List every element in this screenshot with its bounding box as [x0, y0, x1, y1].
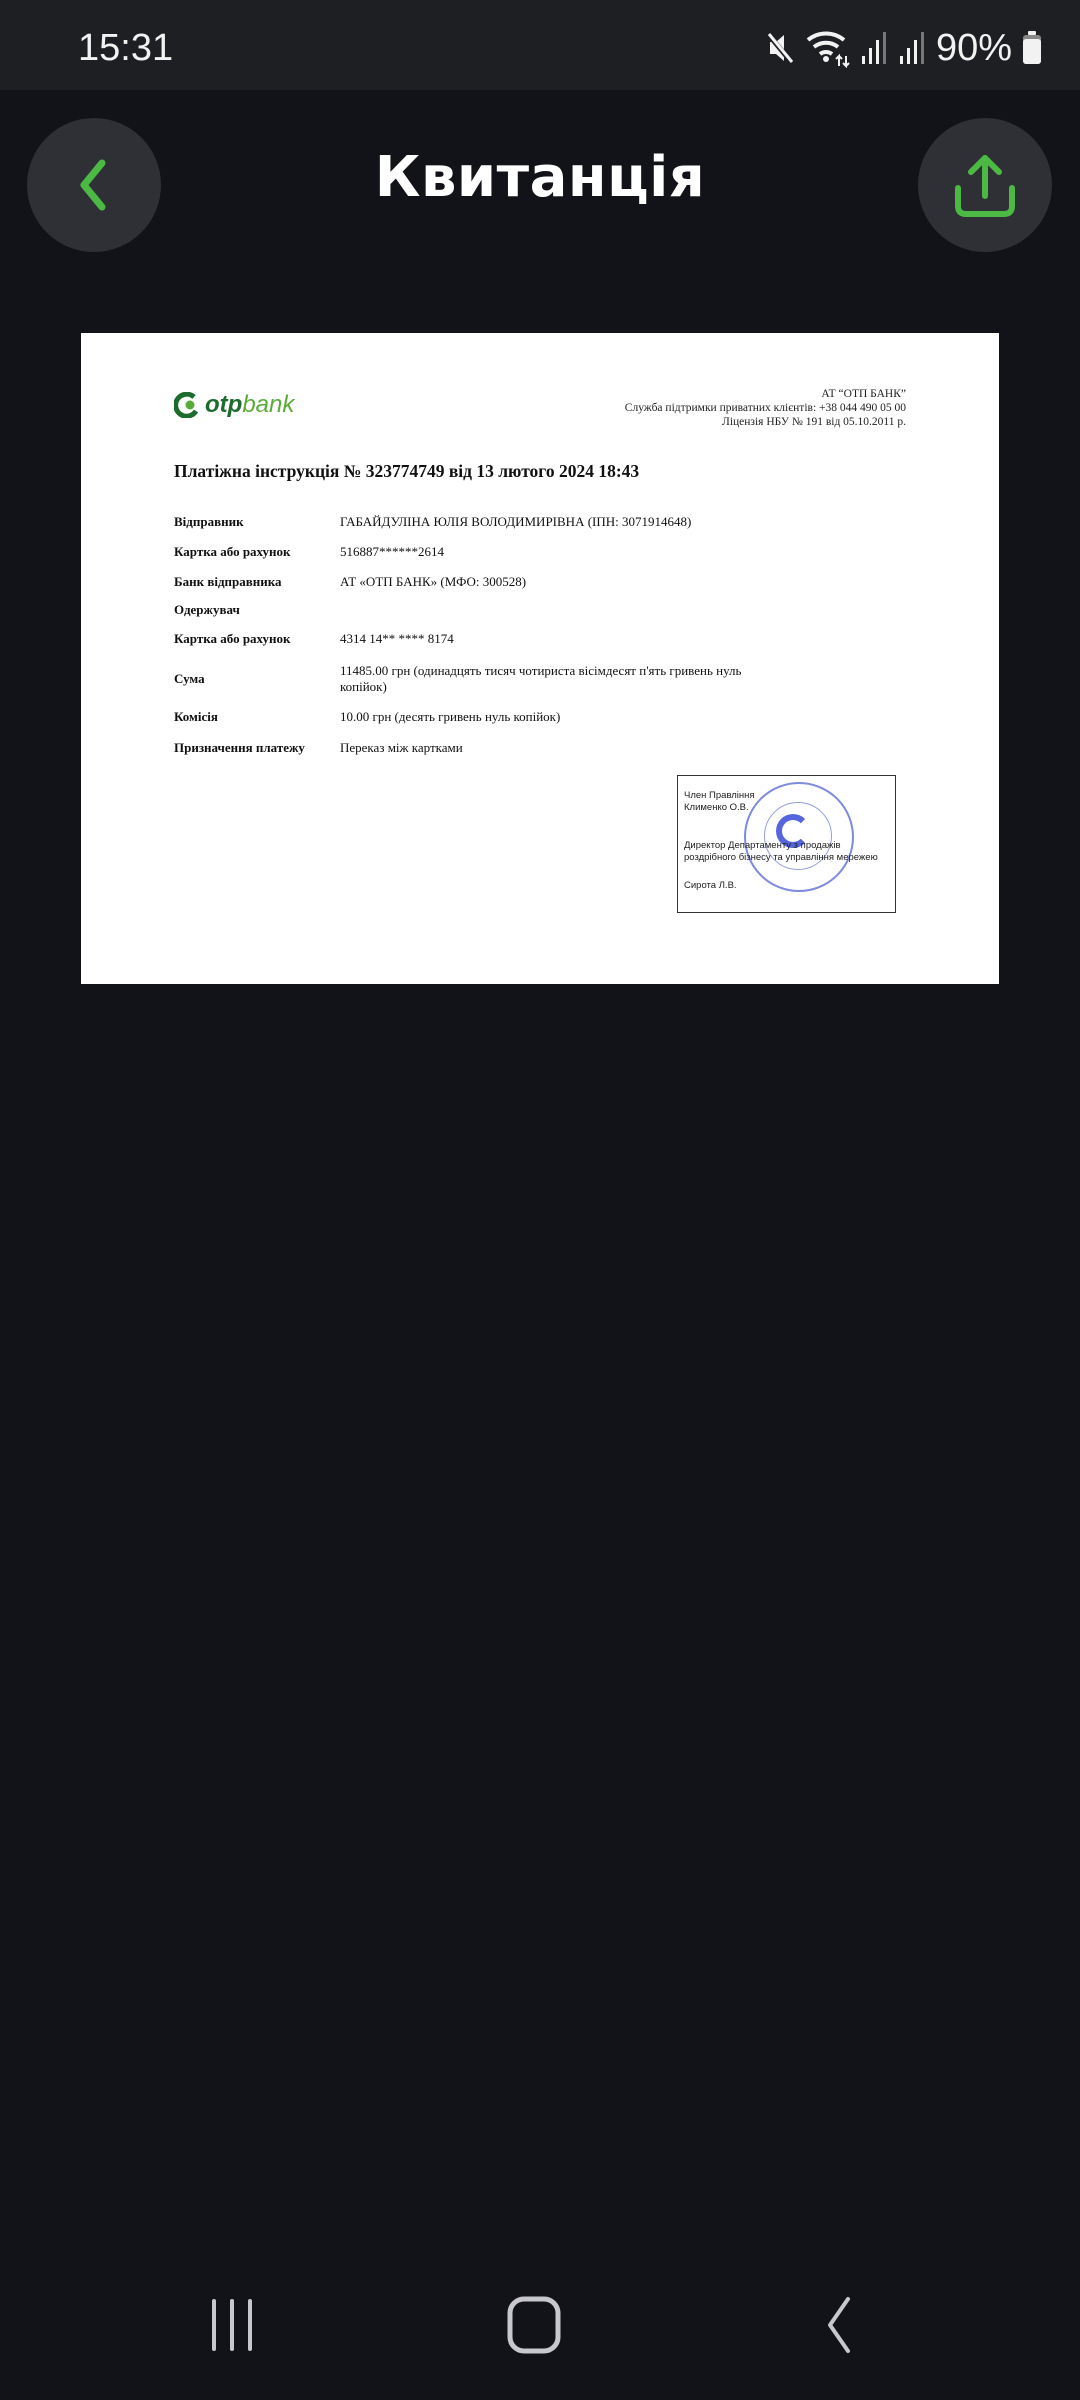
bank-license: Ліцензія НБУ № 191 від 05.10.2011 р.: [625, 415, 906, 429]
status-bar: 15:31 90%: [0, 0, 1080, 90]
bank-name: АТ “ОТП БАНК”: [625, 387, 906, 401]
bank-support: Служба підтримки приватних клієнтів: +38…: [625, 401, 906, 415]
wifi-icon: [806, 28, 850, 68]
signal-icon: [898, 30, 926, 66]
home-icon: [504, 2295, 564, 2355]
back-icon: [808, 2295, 868, 2355]
row-purpose: Призначення платежу Переказ між картками: [174, 740, 894, 756]
row-recipient: Одержувач: [174, 602, 894, 618]
mute-icon: [766, 30, 796, 66]
otp-bank-logo: otpbank: [174, 391, 294, 419]
row-commission: Комісія 10.00 грн (десять гривень нуль к…: [174, 709, 894, 725]
recents-button[interactable]: [172, 2280, 292, 2370]
battery-icon: [1022, 31, 1042, 65]
bank-info: АТ “ОТП БАНК” Служба підтримки приватних…: [625, 387, 906, 429]
row-sender: Відправник ГАБАЙДУЛІНА ЮЛІЯ ВОЛОДИМИРІВН…: [174, 514, 894, 530]
share-button[interactable]: [918, 118, 1052, 252]
signal-icon: [860, 30, 888, 66]
bank-stamp: [744, 782, 854, 892]
share-upload-icon: [950, 150, 1020, 220]
signature-block: Член Правління Клименко О.В. Директор Де…: [677, 775, 896, 913]
recents-icon: [202, 2295, 262, 2355]
battery-percent: 90%: [936, 27, 1012, 70]
system-nav-bar: [0, 2250, 1080, 2400]
row-amount: Сума 11485.00 грн (одинадцять тисяч чоти…: [174, 663, 894, 695]
status-icons: 90%: [766, 26, 1042, 70]
row-recipient-card: Картка або рахунок 4314 14** **** 8174: [174, 631, 894, 647]
status-time: 15:31: [78, 27, 173, 70]
row-sender-bank: Банк відправника АТ «ОТП БАНК» (МФО: 300…: [174, 574, 894, 590]
row-sender-card: Картка або рахунок 516887******2614: [174, 544, 894, 560]
nav-back-button[interactable]: [778, 2280, 898, 2370]
receipt-document: otpbank АТ “ОТП БАНК” Служба підтримки п…: [81, 333, 999, 984]
otp-logo-icon: [174, 392, 200, 418]
document-title: Платіжна інструкція № 323774749 від 13 л…: [174, 461, 639, 482]
home-button[interactable]: [474, 2280, 594, 2370]
